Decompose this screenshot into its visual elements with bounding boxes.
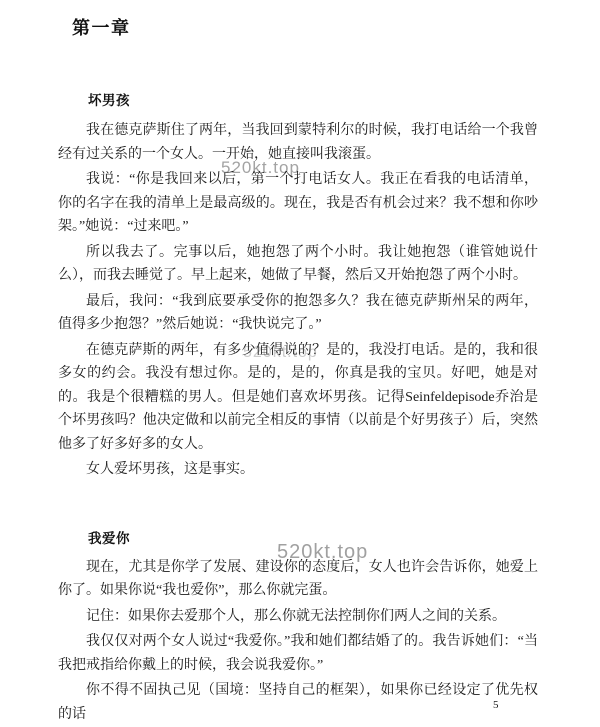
paragraph: 我仅仅对两个女人说过“我爱你。”我和她们都结婚了的。我告诉她们：“当我把戒指给你… (58, 630, 538, 677)
paragraph: 你不得不固执己见（国境：坚持自己的框架），如果你已经设定了优先权的话 (58, 679, 538, 726)
paragraph: 记住：如果你去爱那个人，那么你就无法控制你们两人之间的关系。 (58, 605, 538, 629)
chapter-title: 第一章 (72, 16, 538, 40)
document-page: 520kt.top 520kt.top 520kt.top 第一章 坏男孩 我在… (0, 0, 600, 727)
paragraph: 在德克萨斯的两年，有多少值得说的？是的，我没打电话。是的，我和很多女的约会。我没… (58, 339, 538, 457)
paragraph: 所以我去了。完事以后，她抱怨了两个小时。我让她抱怨（谁管她说什么），而我去睡觉了… (58, 241, 538, 288)
paragraph: 现在，尤其是你学了发展、建设你的态度后，女人也许会告诉你，她爱上你了。如果你说“… (58, 556, 538, 603)
section-body-i-love-you: 现在，尤其是你学了发展、建设你的态度后，女人也许会告诉你，她爱上你了。如果你说“… (58, 556, 538, 727)
page-content: 第一章 坏男孩 我在德克萨斯住了两年，当我回到蒙特利尔的时候，我打电话给一个我曾… (58, 16, 538, 726)
paragraph: 我说：“你是我回来以后，第一个打电话女人。我正在看我的电话清单，你的名字在我的清… (58, 168, 538, 239)
paragraph: 最后，我问：“我到底要承受你的抱怨多久？我在德克萨斯州呆的两年，值得多少抱怨？”… (58, 290, 538, 337)
page-number: 5 (493, 699, 499, 711)
paragraph: 女人爱坏男孩，这是事实。 (58, 458, 538, 482)
section-heading-bad-boy: 坏男孩 (88, 92, 538, 110)
paragraph: 我在德克萨斯住了两年，当我回到蒙特利尔的时候，我打电话给一个我曾经有过关系的一个… (58, 119, 538, 166)
section-heading-i-love-you: 我爱你 (88, 530, 538, 548)
section-body-bad-boy: 我在德克萨斯住了两年，当我回到蒙特利尔的时候，我打电话给一个我曾经有过关系的一个… (58, 119, 538, 482)
